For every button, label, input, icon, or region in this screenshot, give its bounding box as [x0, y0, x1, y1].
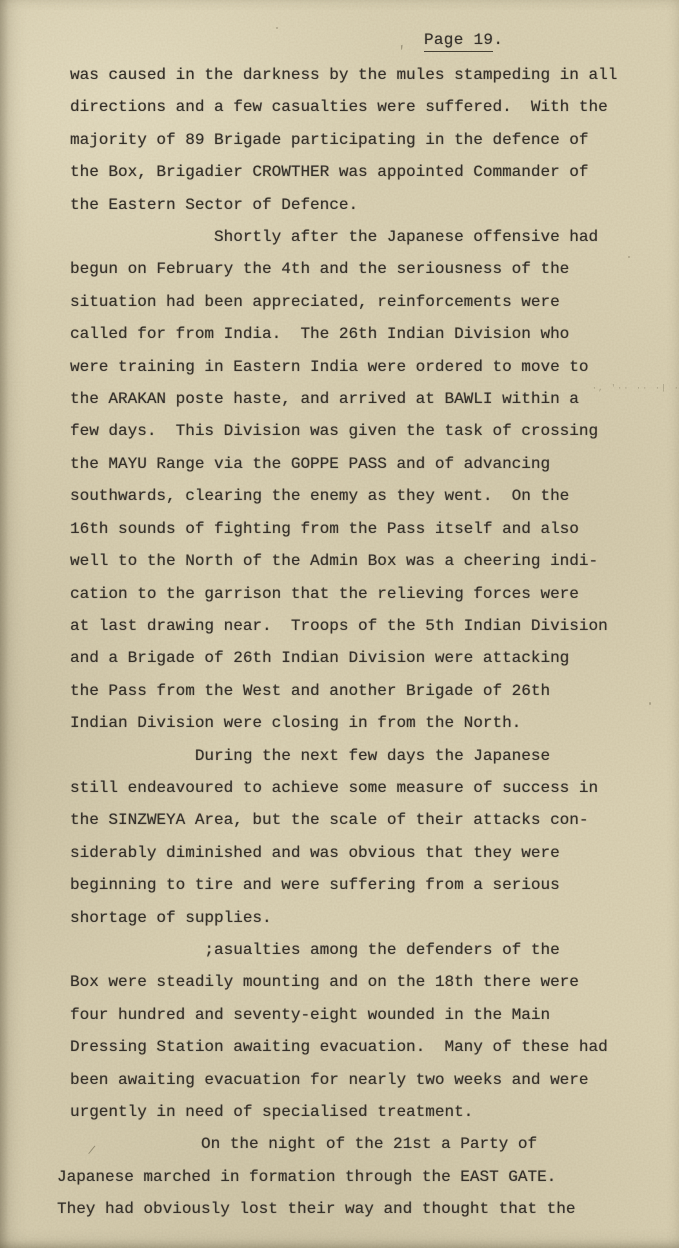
- text-line: Box were steadily mounting and on the 18…: [70, 966, 617, 998]
- text-line: urgently in need of specialised treatmen…: [70, 1096, 617, 1128]
- text-line: the Pass from the West and another Briga…: [70, 675, 617, 707]
- text-line: called for from India. The 26th Indian D…: [70, 318, 617, 350]
- text-line: the MAYU Range via the GOPPE PASS and of…: [70, 448, 617, 480]
- text-line: siderably diminished and was obvious tha…: [70, 837, 617, 869]
- text-line: ;asualties among the defenders of the: [70, 934, 617, 966]
- text-line: four hundred and seventy-eight wounded i…: [70, 999, 617, 1031]
- paragraph: On the night of the 21st a Party ofJapan…: [57, 1128, 617, 1225]
- text-line: still endeavoured to achieve some measur…: [70, 772, 617, 804]
- text-line: majority of 89 Brigade participating in …: [70, 124, 617, 156]
- document-page: Page 19. ‚ was caused in the darkness by…: [0, 0, 679, 1248]
- text-line: and a Brigade of 26th Indian Division we…: [70, 642, 617, 674]
- text-line: the SINZWEYA Area, but the scale of thei…: [70, 804, 617, 836]
- text-line: cation to the garrison that the relievin…: [70, 578, 617, 610]
- text-line: shortage of supplies.: [70, 902, 617, 934]
- page-number-heading: Page 19.: [424, 30, 503, 50]
- text-line: southwards, clearing the enemy as they w…: [70, 480, 617, 512]
- text-line: 16th sounds of fighting from the Pass it…: [70, 513, 617, 545]
- pencil-mark-near-header: ‚: [395, 35, 408, 53]
- paper-speck: [276, 27, 278, 29]
- text-line: During the next few days the Japanese: [70, 740, 617, 772]
- text-line: was caused in the darkness by the mules …: [70, 59, 617, 91]
- paper-speck: [649, 702, 651, 705]
- text-line: well to the North of the Admin Box was a…: [70, 545, 617, 577]
- text-line: Japanese marched in formation through th…: [57, 1161, 617, 1193]
- paragraph: ;asualties among the defenders of theBox…: [70, 934, 617, 1128]
- text-line: the Eastern Sector of Defence.: [70, 189, 617, 221]
- text-line: On the night of the 21st a Party of: [57, 1128, 617, 1160]
- text-line: were training in Eastern India were orde…: [70, 351, 617, 383]
- page-number-period: .: [493, 31, 503, 49]
- paper-speck: [628, 256, 630, 258]
- text-line: situation had been appreciated, reinforc…: [70, 286, 617, 318]
- text-line: directions and a few casualties were suf…: [70, 91, 617, 123]
- text-line: few days. This Division was given the ta…: [70, 415, 617, 447]
- text-line: beginning to tire and were suffering fro…: [70, 869, 617, 901]
- paragraph: was caused in the darkness by the mules …: [70, 59, 617, 221]
- text-line: Dressing Station awaiting evacuation. Ma…: [70, 1031, 617, 1063]
- paragraph: Shortly after the Japanese offensive had…: [70, 221, 617, 740]
- text-line: Indian Division were closing in from the…: [70, 707, 617, 739]
- text-line: begun on February the 4th and the seriou…: [70, 253, 617, 285]
- text-line: been awaiting evacuation for nearly two …: [70, 1064, 617, 1096]
- page-number-underlined-text: Page 19: [424, 31, 493, 52]
- text-line: the Box, Brigadier CROWTHER was appointe…: [70, 156, 617, 188]
- text-line: They had obviously lost their way and th…: [57, 1193, 617, 1225]
- paragraph: During the next few days the Japanesesti…: [70, 740, 617, 934]
- text-line: Shortly after the Japanese offensive had: [70, 221, 617, 253]
- text-line: the ARAKAN poste haste, and arrived at B…: [70, 383, 617, 415]
- text-line: at last drawing near. Troops of the 5th …: [70, 610, 617, 642]
- body-text: was caused in the darkness by the mules …: [70, 59, 617, 1226]
